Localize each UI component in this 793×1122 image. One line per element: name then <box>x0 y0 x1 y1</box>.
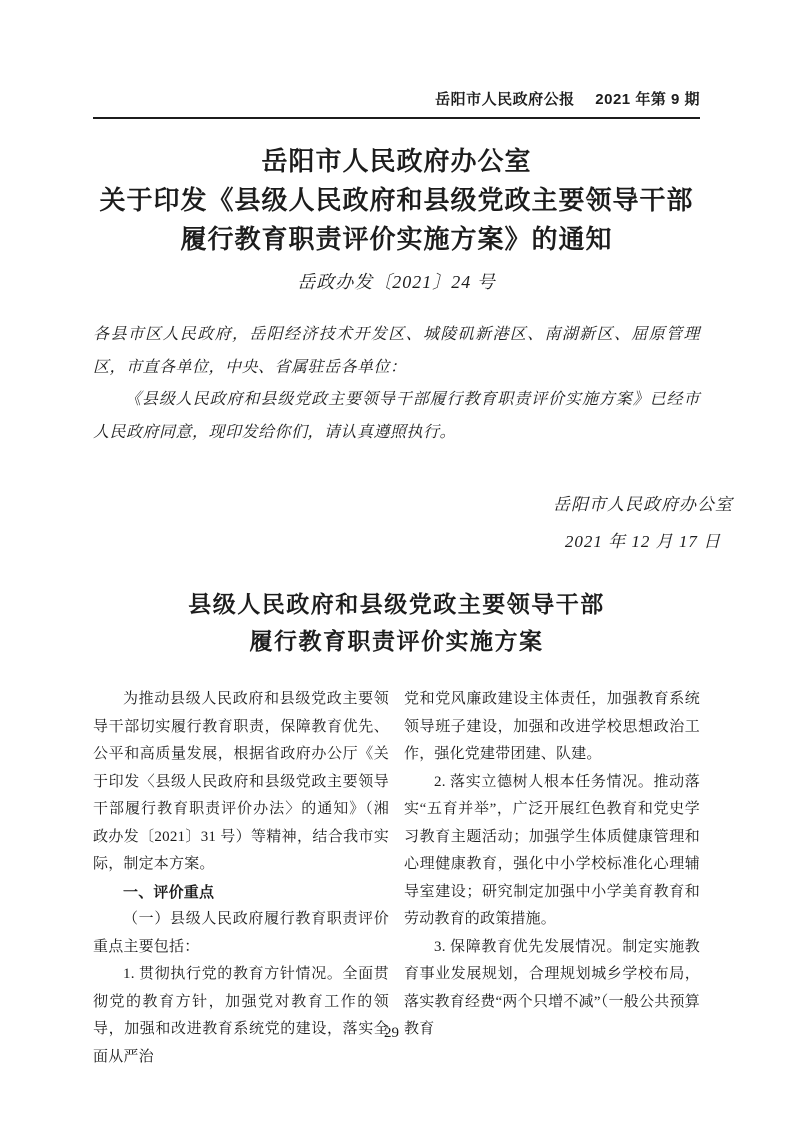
page-number: 29 <box>0 1025 783 1042</box>
document-number: 岳政办发〔2021〕24 号 <box>0 270 793 294</box>
notice-paragraph: 《县级人民政府和县级党政主要领导干部履行教育职责评价实施方案》已经市人民政府同意… <box>93 384 700 449</box>
right-column: 党和党风廉政建设主体责任，加强教育系统领导班子建设，加强和改进学校思想政治工作，… <box>404 686 700 1071</box>
plan-title: 县级人民政府和县级党政主要领导干部 履行教育职责评价实施方案 <box>0 586 793 660</box>
gazette-name: 岳阳市人民政府公报 <box>435 91 575 108</box>
evaluation-item-1: 1. 贯彻执行党的教育方针情况。全面贯彻党的教育方针，加强党对教育工作的领导，加… <box>93 961 389 1071</box>
plan-title-line-2: 履行教育职责评价实施方案 <box>0 623 793 660</box>
left-column: 为推动县级人民政府和县级党政主要领导干部切实履行教育职责，保障教育优先、公平和高… <box>93 686 389 1071</box>
plan-title-line-1: 县级人民政府和县级党政主要领导干部 <box>0 586 793 623</box>
running-header: 岳阳市人民政府公报 2021 年第 9 期 <box>93 90 700 110</box>
header-rule <box>93 117 700 119</box>
notice-title: 岳阳市人民政府办公室 关于印发《县级人民政府和县级党政主要领导干部 履行教育职责… <box>40 142 753 259</box>
notice-title-line-3: 履行教育职责评价实施方案》的通知 <box>40 220 753 259</box>
gazette-issue: 2021 年第 9 期 <box>595 91 700 108</box>
notice-title-line-1: 岳阳市人民政府办公室 <box>40 142 753 181</box>
plan-intro-paragraph: 为推动县级人民政府和县级党政主要领导干部切实履行教育职责，保障教育优先、公平和高… <box>93 686 389 879</box>
notice-title-line-2: 关于印发《县级人民政府和县级党政主要领导干部 <box>40 181 753 220</box>
section-heading-1: 一、评价重点 <box>93 879 389 907</box>
evaluation-item-2: 2. 落实立德树人根本任务情况。推动落实“五育并举”，广泛开展红色教育和党史学习… <box>404 769 700 934</box>
signature-block: 岳阳市人民政府办公室 2021 年 12 月 17 日 <box>553 486 733 560</box>
evaluation-item-1-continued: 党和党风廉政建设主体责任，加强教育系统领导班子建设，加强和改进学校思想政治工作，… <box>404 686 700 769</box>
subsection-heading-1: （一）县级人民政府履行教育职责评价重点主要包括： <box>93 906 389 961</box>
notice-body: 各县市区人民政府，岳阳经济技术开发区、城陵矶新港区、南湖新区、屈原管理区，市直各… <box>93 319 700 449</box>
signer-name: 岳阳市人民政府办公室 <box>553 486 733 523</box>
salutation: 各县市区人民政府，岳阳经济技术开发区、城陵矶新港区、南湖新区、屈原管理区，市直各… <box>93 319 700 384</box>
gazette-page: 岳阳市人民政府公报 2021 年第 9 期 岳阳市人民政府办公室 关于印发《县级… <box>0 0 793 1122</box>
signature-date: 2021 年 12 月 17 日 <box>553 523 733 560</box>
two-column-body: 为推动县级人民政府和县级党政主要领导干部切实履行教育职责，保障教育优先、公平和高… <box>93 686 700 1071</box>
